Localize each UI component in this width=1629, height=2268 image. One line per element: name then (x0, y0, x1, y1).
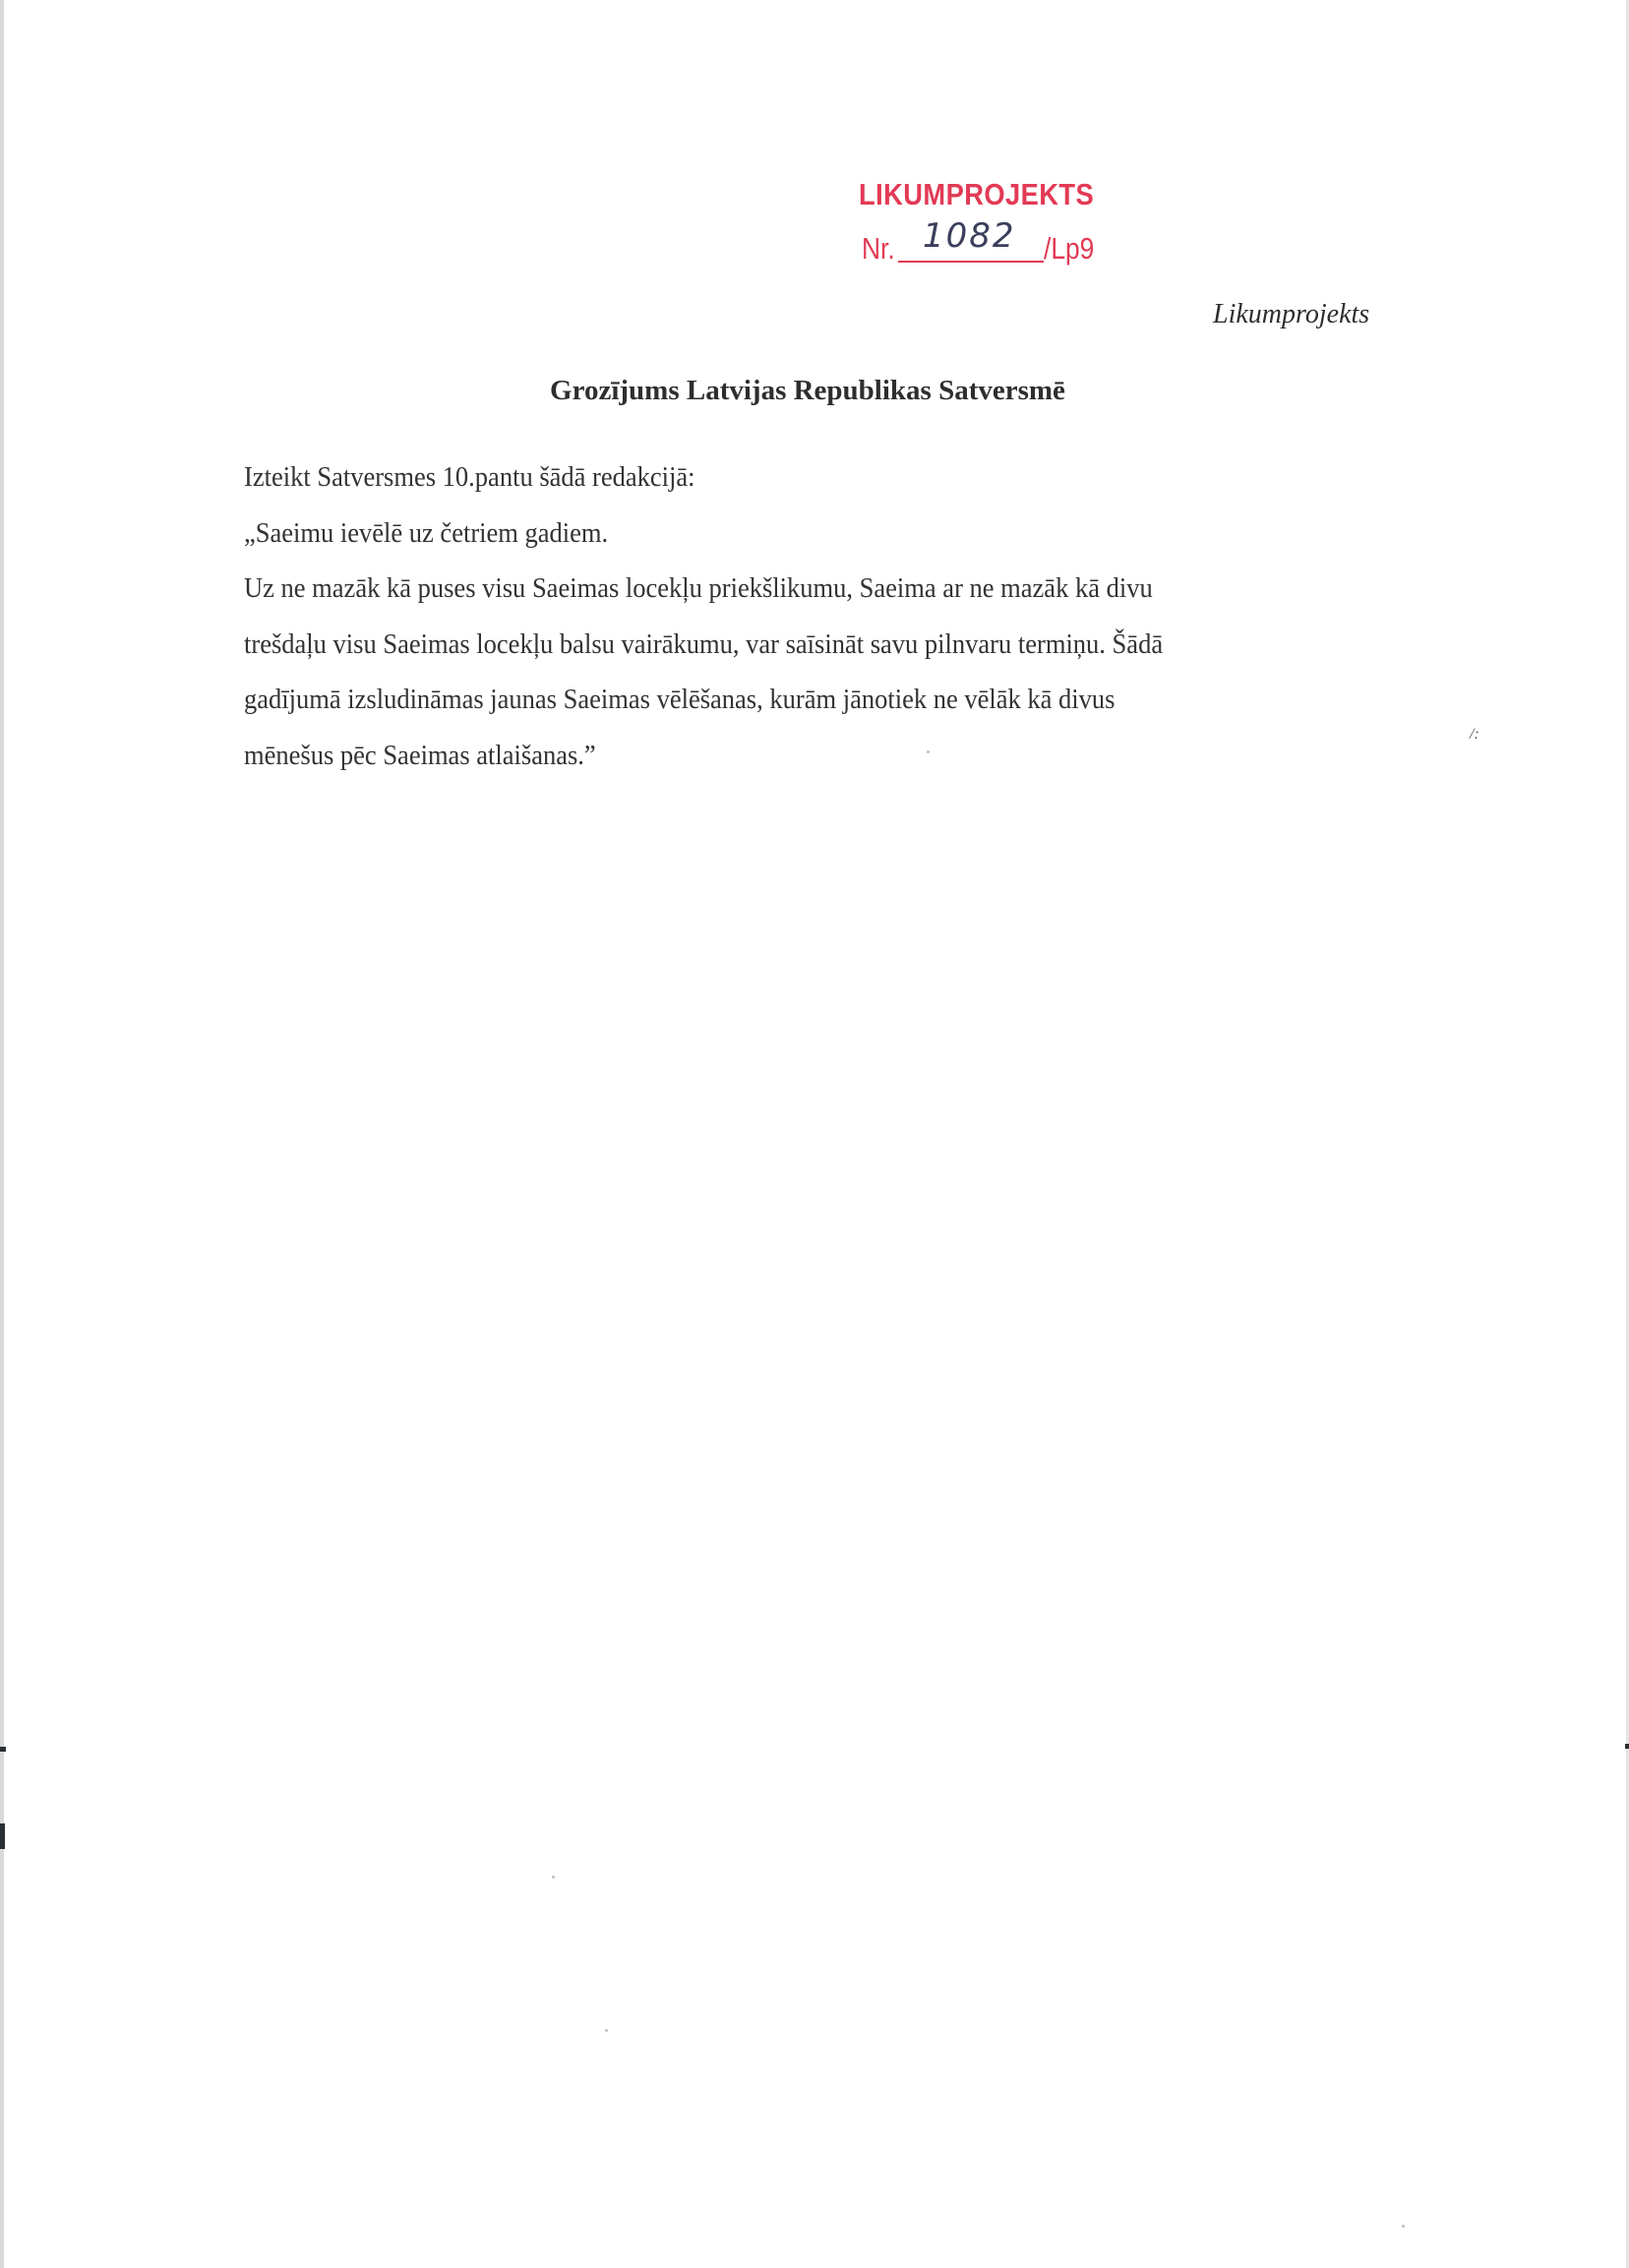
document-type-label: Likumprojekts (1213, 299, 1369, 330)
scan-edge-left (0, 0, 4, 2268)
stamp-number-suffix: /Lp9 (1044, 233, 1094, 264)
margin-mark: /: (1470, 726, 1479, 744)
document-title-text: Grozījums Latvijas Republikas Satversmē (550, 375, 1065, 407)
scan-speck (552, 1876, 555, 1879)
document-body: Izteikt Satversmes 10.pantu šādā redakci… (244, 450, 1375, 784)
paragraph-line: „Saeimu ievēlē uz četriem gadiem. (244, 507, 1297, 563)
paragraph-line: mēnešus pēc Saeimas atlaišanas.” (244, 729, 1297, 785)
paragraph-line: trešdaļu visu Saeimas locekļu balsu vair… (244, 618, 1297, 674)
stamp-number-prefix: Nr. (862, 233, 895, 264)
paragraph-line: gadījumā izsludināmas jaunas Saeimas vēl… (244, 673, 1297, 729)
stamp-title: LIKUMPROJEKTS (859, 179, 1094, 209)
stamp-handwritten-number: 1082 (923, 219, 1016, 253)
scan-mark (1625, 1744, 1629, 1749)
paragraph-line: Uz ne mazāk kā puses visu Saeimas locekļ… (244, 562, 1297, 618)
stamp-number-row: Nr. 1082 /Lp9 (859, 227, 1115, 263)
document-title: Grozījums Latvijas Republikas Satversmē (0, 375, 1629, 407)
scan-speck (605, 2029, 608, 2032)
scan-mark (0, 1823, 5, 1849)
scan-speck (927, 750, 930, 753)
scan-speck (1402, 2225, 1405, 2228)
paragraph-intro: Izteikt Satversmes 10.pantu šādā redakci… (244, 450, 1297, 507)
registration-stamp: LIKUMPROJEKTS Nr. 1082 /Lp9 (859, 179, 1126, 263)
scan-mark (0, 1747, 6, 1752)
stamp-underline (898, 261, 1044, 263)
